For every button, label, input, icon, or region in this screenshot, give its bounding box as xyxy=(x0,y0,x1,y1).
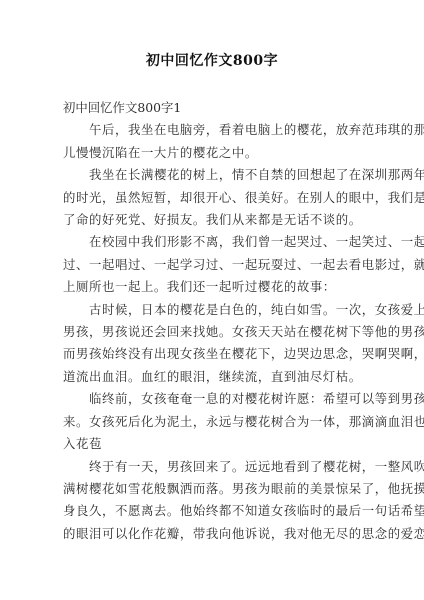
paragraph-1: 午后，我坐在电脑旁，看着电脑上的樱花，放弃范玮琪的那些花 儿慢慢沉陷在一大片的樱… xyxy=(63,119,361,164)
paragraph-line: 临终前，女孩奄奄一息的对樱花树许愿：希望可以等到男孩的回 xyxy=(63,388,361,410)
paragraph-line: 儿慢慢沉陷在一大片的樱花之中。 xyxy=(63,142,361,164)
paragraph-line: 终于有一天，男孩回来了。远远地看到了樱花树，一整风吹来， xyxy=(63,456,361,478)
paragraph-line: 道流出血泪。血红的眼泪，继续流，直到油尽灯枯。 xyxy=(63,366,361,388)
paragraph-line: 了命的好死党、好损友。我们从来都是无话不谈的。 xyxy=(63,209,361,231)
paragraph-2: 我坐在长满樱花的树上，情不自禁的回想起了在深圳那两年读书 的时光，虽然短暂，却很… xyxy=(63,164,361,231)
paragraph-5: 临终前，女孩奄奄一息的对樱花树许愿：希望可以等到男孩的回 来。女孩死后化为泥土，… xyxy=(63,388,361,455)
paragraph-line: 过、一起唱过、一起学习过、一起玩耍过、一起去看电影过，就连 xyxy=(63,254,361,276)
paragraph-6: 终于有一天，男孩回来了。远远地看到了樱花树，一整风吹来， 满树樱花如雪花般飘洒而… xyxy=(63,456,361,546)
paragraph-line: 古时候，日本的樱花是白色的，纯白如雪。一次，女孩爱上一个 xyxy=(63,299,361,321)
document-page: 初中回忆作文800字 初中回忆作文800字1 午后，我坐在电脑旁，看着电脑上的樱… xyxy=(0,0,424,600)
paragraph-3: 在校园中我们形影不离，我们曾一起哭过、一起笑过、一起跳 过、一起唱过、一起学习过… xyxy=(63,231,361,298)
paragraph-line: 上厕所也一起上。我们还一起听过樱花的故事： xyxy=(63,276,361,298)
paragraph-line: 的眼泪可以化作花瓣，带我向他诉说，我对他无尽的思念的爱恋 xyxy=(63,523,361,545)
paragraph-line: 午后，我坐在电脑旁，看着电脑上的樱花，放弃范玮琪的那些花 xyxy=(63,119,361,141)
paragraph-line: 我坐在长满樱花的树上，情不自禁的回想起了在深圳那两年读书 xyxy=(63,164,361,186)
paragraph-line: 来。女孩死后化为泥土，永远与樱花树合为一体，那滴滴血泪也融 xyxy=(63,411,361,433)
paragraph-line: 在校园中我们形影不离，我们曾一起哭过、一起笑过、一起跳 xyxy=(63,231,361,253)
essay-heading: 初中回忆作文800字1 xyxy=(63,97,361,119)
paragraph-line: 的时光，虽然短暂，却很开心、很美好。在别人的眼中，我们是拼 xyxy=(63,187,361,209)
paragraph-line: 而男孩始终没有出现女孩坐在樱花下，边哭边思念，哭啊哭啊，知 xyxy=(63,343,361,365)
document-title: 初中回忆作文800字 xyxy=(0,52,424,70)
paragraph-line: 身良久，不愿离去。他始终都不知道女孩临时的最后一句话希望我 xyxy=(63,500,361,522)
document-body: 初中回忆作文800字1 午后，我坐在电脑旁，看着电脑上的樱花，放弃范玮琪的那些花… xyxy=(63,97,361,545)
paragraph-line: 男孩，男孩说还会回来找她。女孩天天站在樱花树下等他的男孩， xyxy=(63,321,361,343)
paragraph-line: 入花苞 xyxy=(63,433,361,455)
paragraph-line: 满树樱花如雪花般飘洒而落。男孩为眼前的美景惊呆了，他抚摸树 xyxy=(63,478,361,500)
paragraph-4: 古时候，日本的樱花是白色的，纯白如雪。一次，女孩爱上一个 男孩，男孩说还会回来找… xyxy=(63,299,361,389)
